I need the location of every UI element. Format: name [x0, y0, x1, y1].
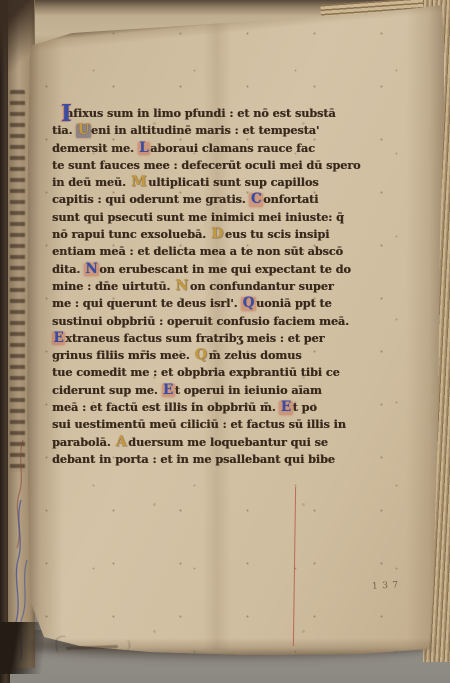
ink-stamp-tail [123, 640, 130, 650]
manuscript-text: demersit me. [52, 141, 138, 155]
manuscript-line: sui uestimentū meū ciliciū : et factus s… [52, 416, 370, 433]
manuscript-line: parabolā. Aduersum me loquebantur qui se [52, 434, 370, 451]
manuscript-line: nō rapui tunc exsoluebā. Deus tu scis in… [52, 226, 370, 243]
illuminated-initial: U [76, 124, 91, 138]
manuscript-text: te sunt fauces mee : defecerūt oculi mei… [52, 158, 361, 172]
manuscript-text: debant in porta : et in me psallebant qu… [52, 452, 335, 466]
manuscript-line: Extraneus factus sum fratribʒ meis : et … [52, 330, 370, 347]
manuscript-text: capitis : qui oderunt me gratis. [52, 192, 249, 206]
manuscript-text: eus tu scis insipi [225, 227, 329, 241]
manuscript-text: ciderunt sup me. [52, 383, 162, 397]
manuscript-line: te sunt fauces mee : defecerūt oculi mei… [52, 157, 370, 174]
illuminated-initial: N [174, 279, 190, 293]
manuscript-text: t po [293, 400, 317, 414]
manuscript-text: duersum me loquebantur qui se [128, 435, 328, 449]
manuscript-text: sustinui obpbriū : operuit confusio faci… [52, 314, 349, 328]
manuscript-text: sui uestimentū meū ciliciū : et factus s… [52, 417, 346, 431]
manuscript-line: in deū meū. Multiplicati sunt sup capill… [52, 174, 370, 191]
illuminated-initial: E [162, 384, 175, 398]
manuscript-text: onfortati [263, 192, 318, 206]
manuscript-line: sunt qui psecuti sunt me inimici mei ini… [52, 209, 370, 226]
manuscript-text: tue comedit me : et obpbria expbrantiū t… [52, 365, 340, 379]
illuminated-initial: E [52, 332, 65, 346]
manuscript-line: grinus filiis mr̄is mee. Qm̄ zelus domus [52, 347, 370, 364]
manuscript-line: capitis : qui oderunt me gratis. Confort… [52, 191, 370, 208]
manuscript-line: sustinui obpbriū : operuit confusio faci… [52, 313, 370, 330]
manuscript-line: entiam meā : et delicta mea a te non sūt… [52, 243, 370, 260]
manuscript-text: meā : et factū est illis in obpbriū m̄. [52, 400, 279, 414]
manuscript-text: nfixus sum in limo pfundi : et nō est su… [65, 106, 336, 120]
manuscript-text: grinus filiis mr̄is mee. [52, 348, 193, 362]
manuscript-line: Infixus sum in limo pfundi : et nō est s… [52, 105, 370, 122]
manuscript-line: meā : et factū est illis in obpbriū m̄. … [52, 399, 370, 416]
manuscript-line: demersit me. Laboraui clamans rauce fac [52, 140, 370, 157]
manuscript-line: dita. Non erubescant in me qui expectant… [52, 261, 370, 278]
ink-stamp-bracket [56, 636, 67, 653]
illuminated-initial: A [114, 435, 128, 449]
illuminated-initial: Q [193, 348, 208, 362]
gutter-corner-shadow [0, 0, 34, 78]
manuscript-text: m̄ zelus domus [209, 348, 302, 362]
manuscript-text: on erubescant in me qui expectant te do [99, 262, 351, 276]
psalm-text-block: Infixus sum in limo pfundi : et nō est s… [52, 105, 370, 468]
illuminated-initial: M [130, 175, 148, 189]
illuminated-initial: E [279, 401, 292, 415]
manuscript-text: ultiplicati sunt sup capillos [148, 175, 318, 189]
ink-stamp-smudge [66, 645, 118, 650]
folio-number: 137 [372, 580, 403, 592]
manuscript-text: on confundantur super [190, 279, 334, 293]
manuscript-text: eni in altitudinē maris : et tempesta' [91, 123, 319, 137]
manuscript-text: t operui in ieiunio aīam [175, 383, 322, 397]
manuscript-photo: Infixus sum in limo pfundi : et nō est s… [0, 0, 450, 683]
illuminated-initial: N [84, 263, 99, 277]
manuscript-text: aboraui clamans rauce fac [150, 141, 315, 155]
manuscript-text: parabolā. [52, 435, 114, 449]
ink-stamp [56, 638, 127, 656]
manuscript-text: in deū meū. [52, 175, 130, 189]
manuscript-text: dita. [52, 262, 84, 276]
manuscript-line: me : qui querunt te deus isrl'. Quoniā p… [52, 295, 370, 312]
manuscript-line: ciderunt sup me. Et operui in ieiunio aī… [52, 382, 370, 399]
manuscript-line: tue comedit me : et obpbria expbrantiū t… [52, 364, 370, 381]
manuscript-line: debant in porta : et in me psallebant qu… [52, 451, 370, 468]
manuscript-text: tia. [52, 123, 76, 137]
manuscript-line: mine : dn̄e uirtutū. Non confundantur su… [52, 278, 370, 295]
illuminated-initial: L [138, 142, 150, 156]
illuminated-initial: Q [241, 297, 256, 311]
manuscript-text: mine : dn̄e uirtutū. [52, 279, 174, 293]
manuscript-text: xtraneus factus sum fratribʒ meis : et p… [65, 331, 324, 345]
manuscript-text: sunt qui psecuti sunt me inimici mei ini… [52, 210, 344, 224]
manuscript-text: me : qui querunt te deus isrl'. [52, 296, 241, 310]
manuscript-text: uoniā ppt te [256, 296, 332, 310]
manuscript-line: tia. Ueni in altitudinē maris : et tempe… [52, 122, 370, 139]
manuscript-text: entiam meā : et delicta mea a te non sūt… [52, 244, 343, 258]
illuminated-initial: C [249, 193, 263, 207]
illuminated-initial: D [210, 227, 225, 241]
manuscript-text: nō rapui tunc exsoluebā. [52, 227, 210, 241]
